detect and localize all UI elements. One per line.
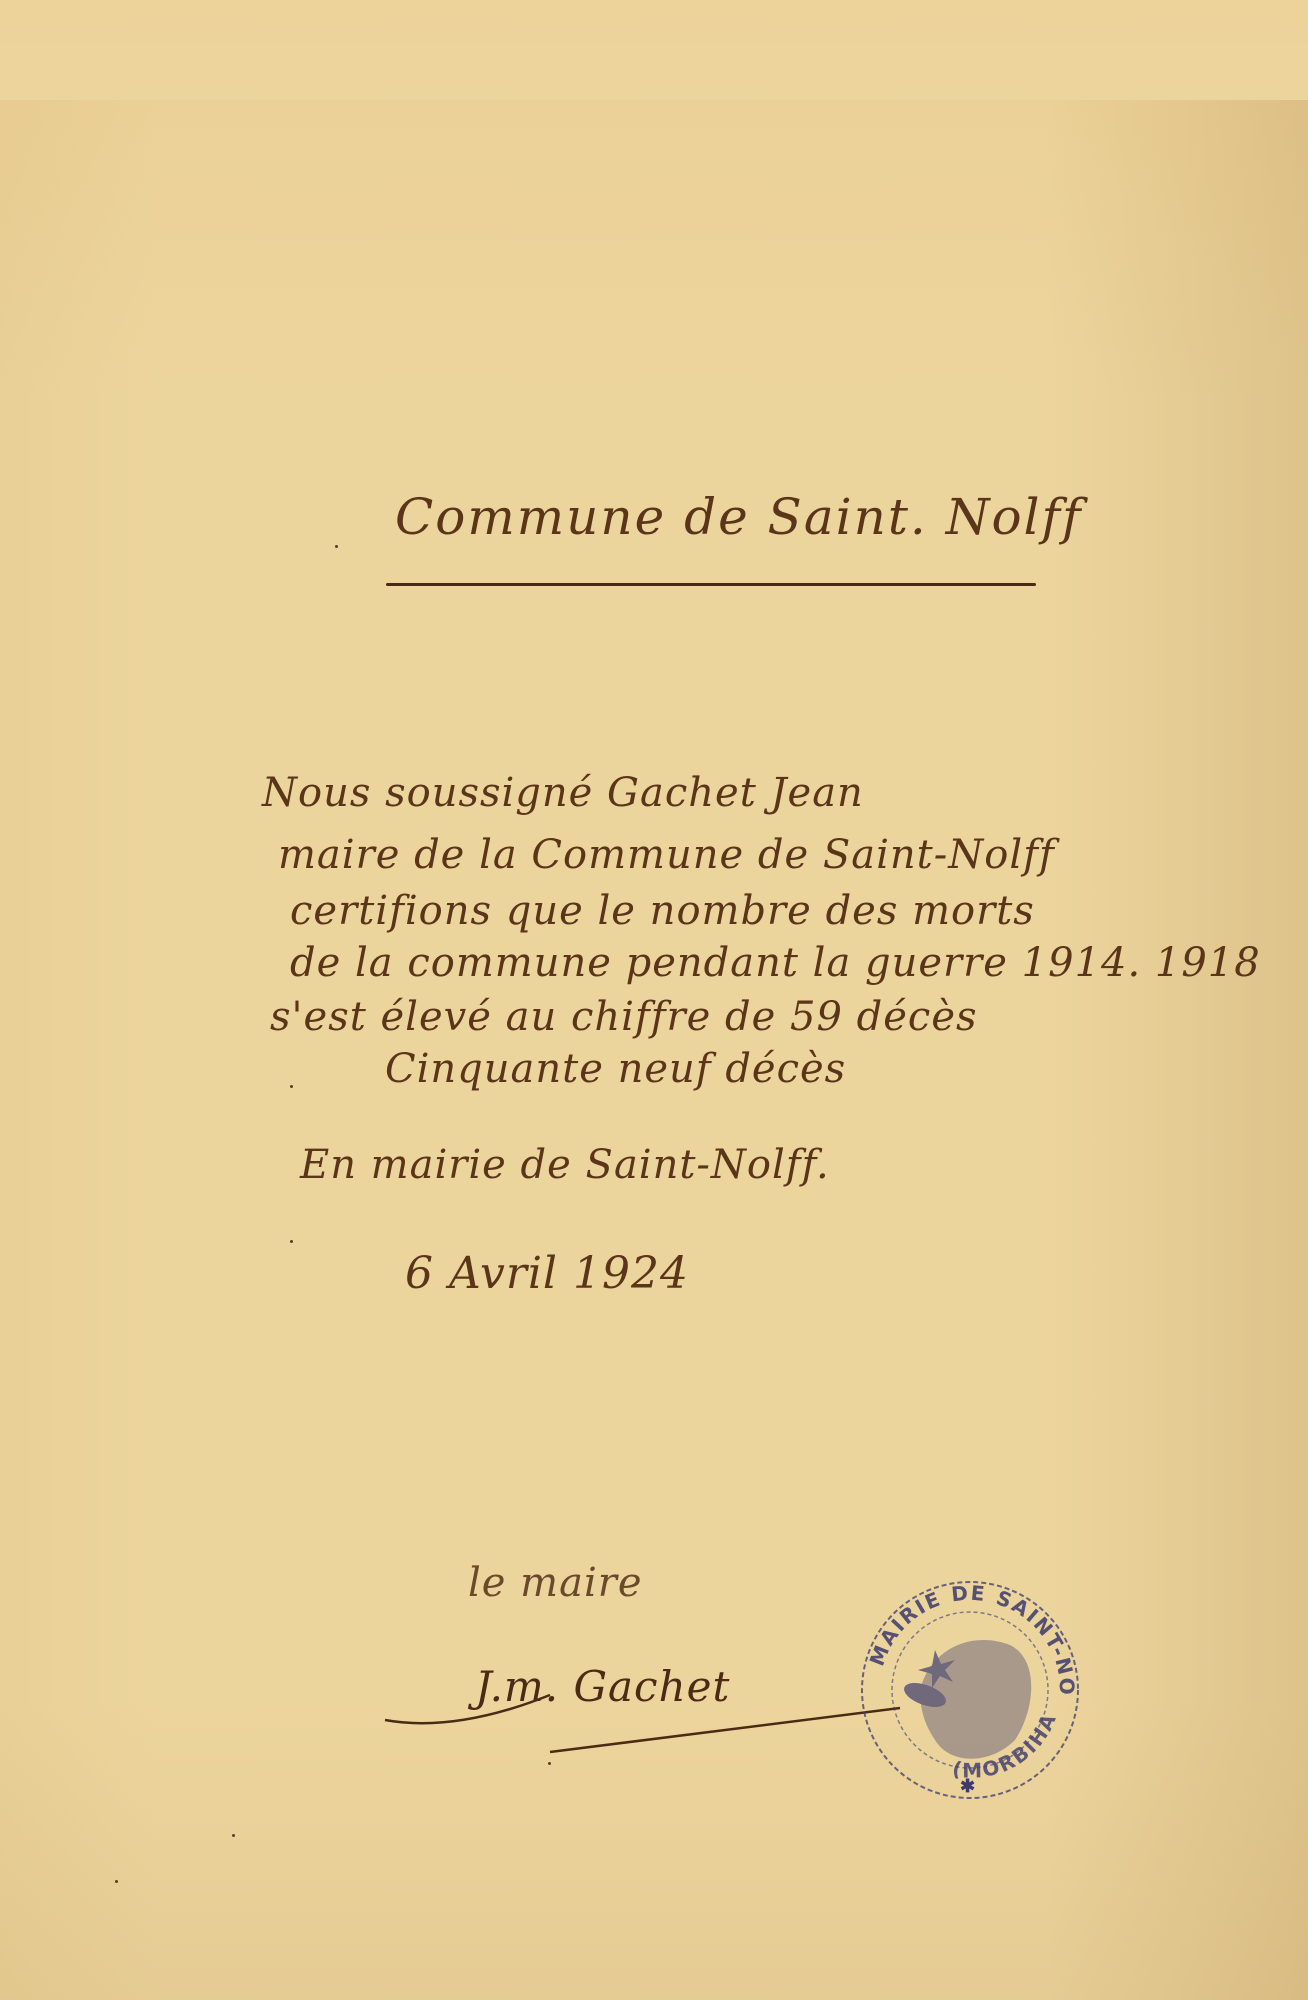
ink-speck [115, 1880, 118, 1883]
body-line-3: certifions que le nombre des morts [290, 888, 1035, 934]
place-line: En mairie de Saint-Nolff. [300, 1142, 830, 1188]
paper-top-margin [0, 0, 1308, 100]
body-line-6: Cinquante neuf décès [385, 1046, 846, 1092]
date-line: 6 Avril 1924 [405, 1248, 689, 1299]
signatory-title: le maire [468, 1560, 643, 1606]
ink-speck [335, 545, 338, 548]
ink-speck [232, 1834, 235, 1837]
document-heading: Commune de Saint. Nolff [395, 488, 1083, 546]
body-line-1: Nous soussigné Gachet Jean [262, 770, 864, 816]
ink-speck [548, 1762, 551, 1765]
body-line-5: s'est élevé au chiffre de 59 décès [270, 994, 978, 1040]
mairie-stamp-icon: MAIRIE DE SAINT-NOLFF (MORBIHAN) ✱ [850, 1570, 1090, 1810]
ink-speck [290, 1240, 293, 1243]
ink-speck [290, 1085, 293, 1088]
svg-text:✱: ✱ [960, 1776, 975, 1797]
body-line-4: de la commune pendant la guerre 1914. 19… [290, 940, 1261, 986]
body-line-2: maire de la Commune de Saint-Nolff [278, 832, 1055, 878]
heading-underline [386, 583, 1036, 586]
